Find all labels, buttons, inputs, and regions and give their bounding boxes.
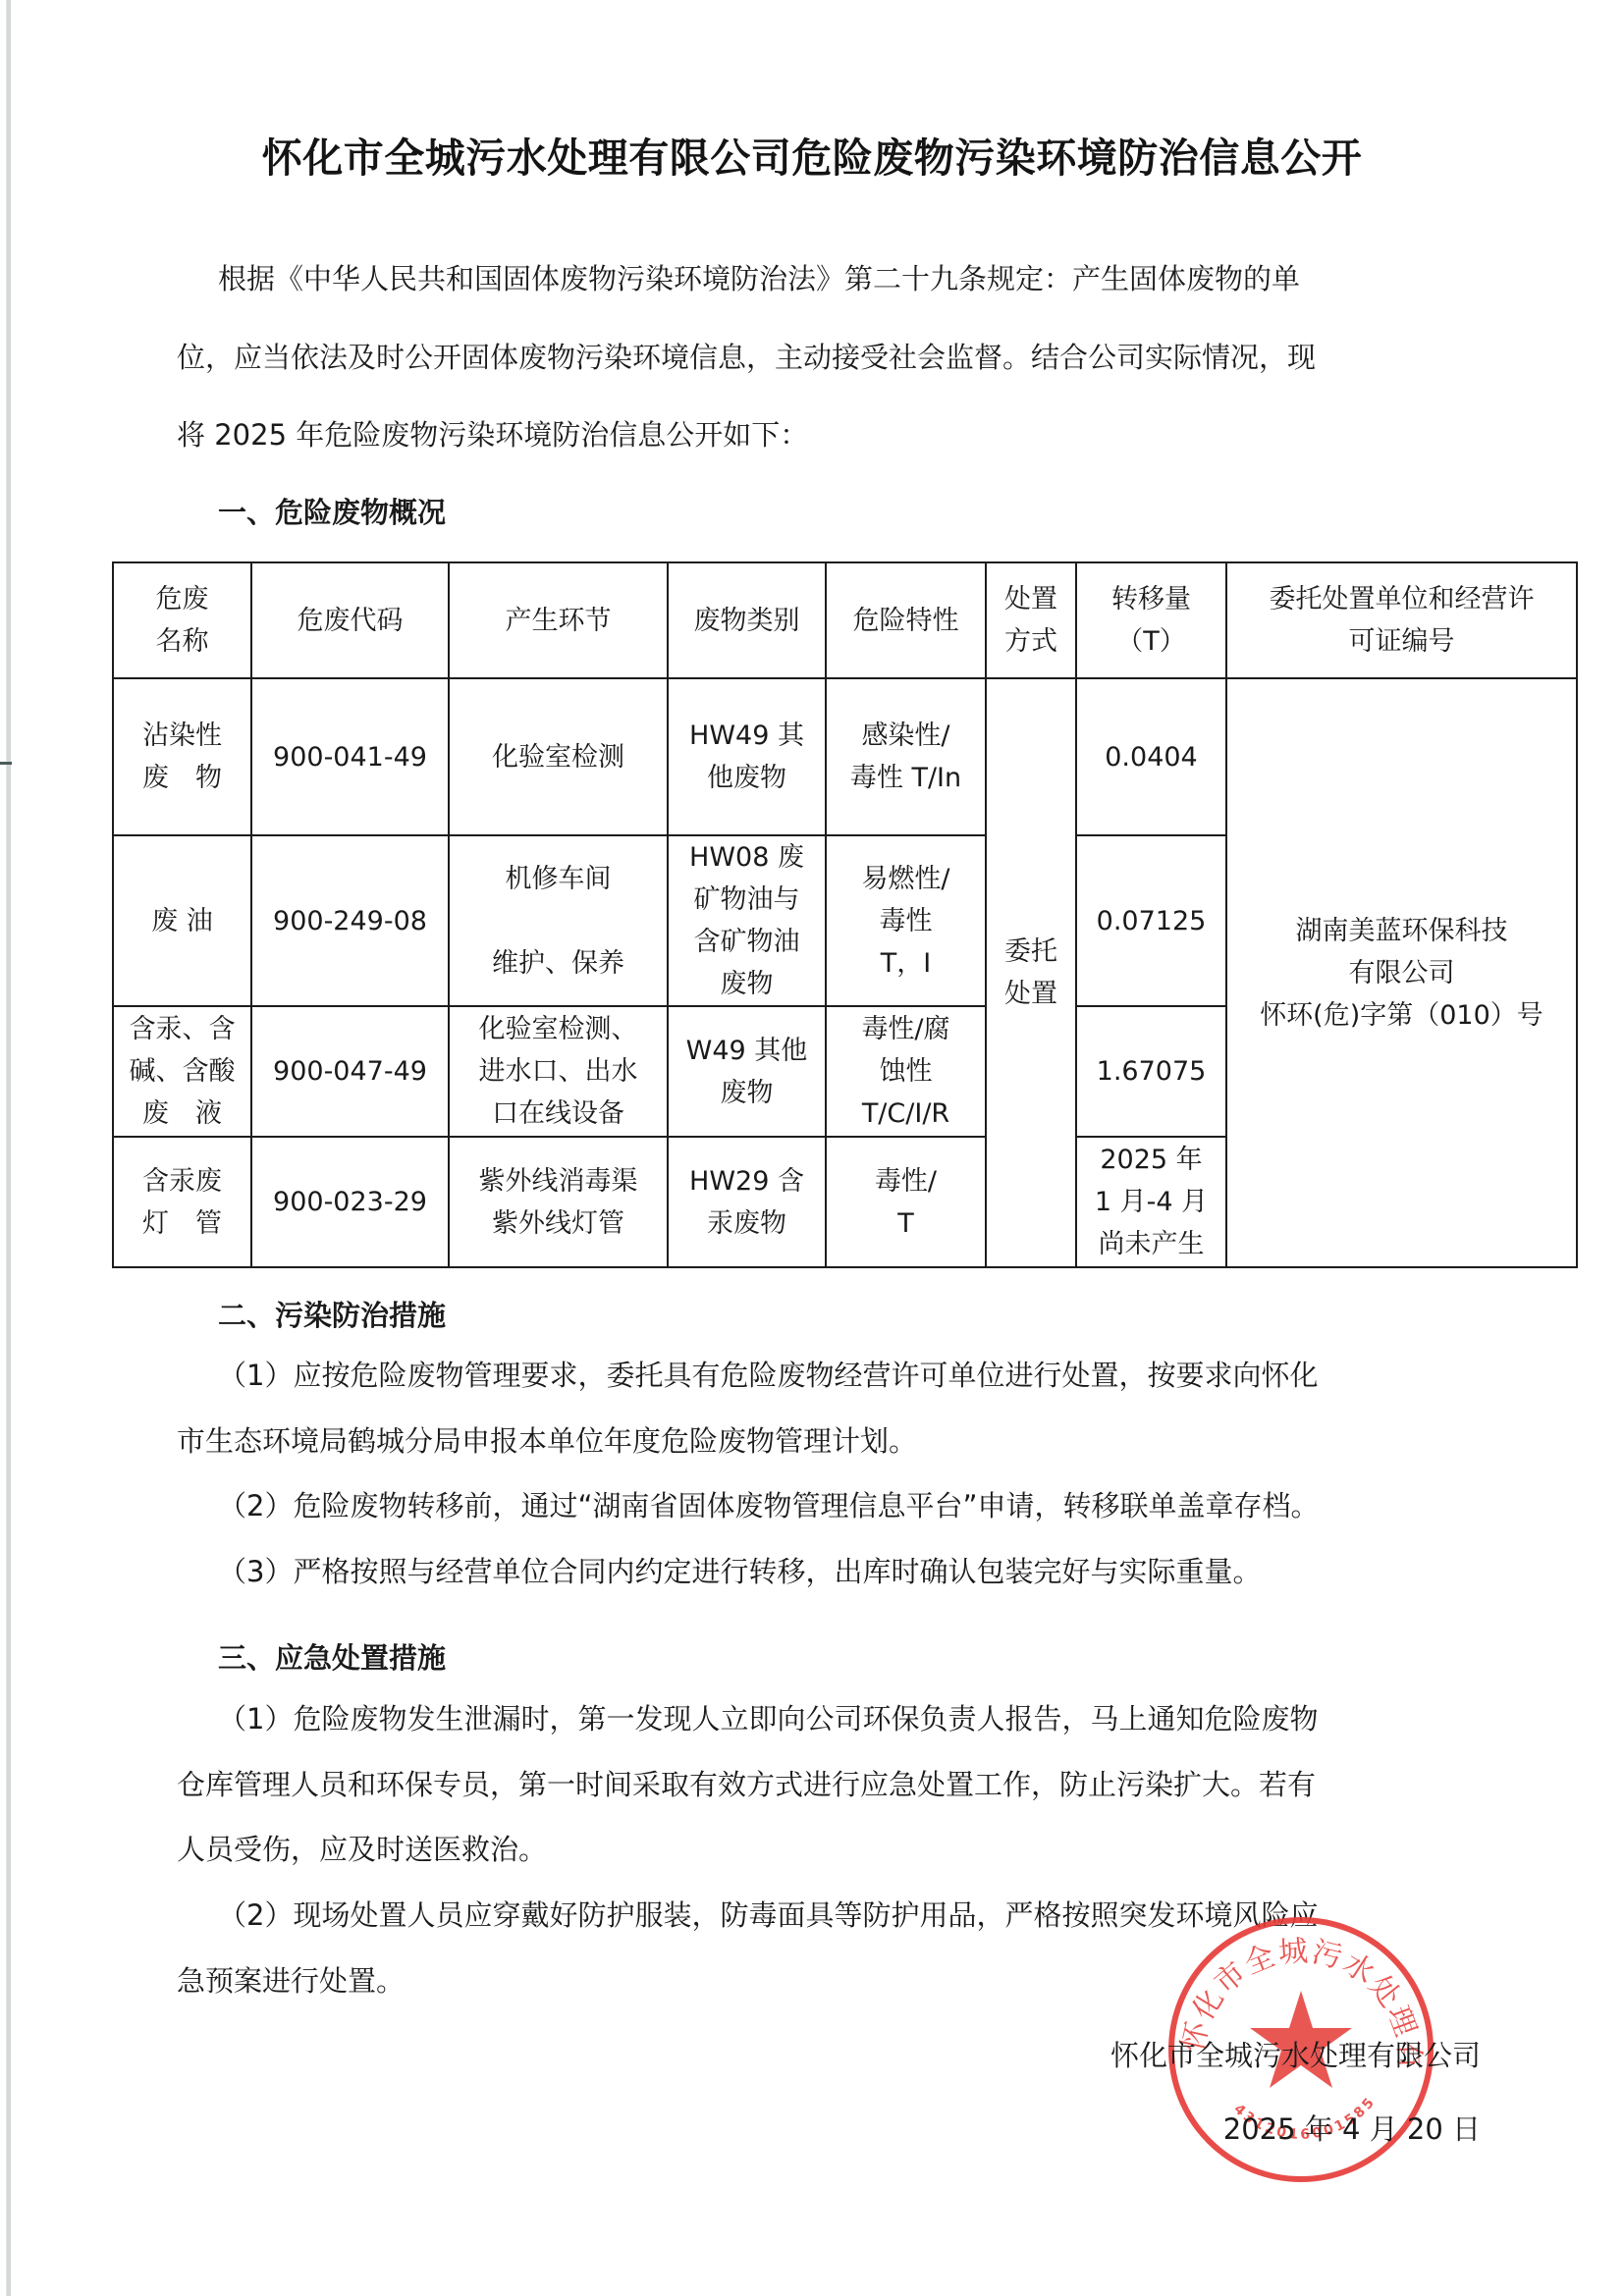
cell-waste-name: 含汞、含 碱、含酸 废 液 <box>113 1006 251 1137</box>
cell-waste-name: 废 油 <box>113 835 251 1006</box>
section3-line-3: 人员受伤，应及时送医救治。 <box>177 1834 1483 1865</box>
cell-generation-stage: 紫外线消毒渠 紫外线灯管 <box>449 1137 668 1267</box>
header-transfer-amount: 转移量 （T） <box>1076 562 1226 678</box>
cell-waste-category: W49 其他 废物 <box>668 1006 826 1137</box>
header-waste-code: 危废代码 <box>251 562 449 678</box>
cell-waste-code: 900-047-49 <box>251 1006 449 1137</box>
header-waste-name: 危废 名称 <box>113 562 251 678</box>
hazardous-waste-table: 危废 名称 危废代码 产生环节 废物类别 危险特性 处置 方式 转移量 （T） … <box>112 561 1578 1268</box>
signature-company: 怀化市全城污水处理有限公司 <box>1110 2034 1481 2074</box>
cell-hazard-property: 毒性/腐 蚀性 T/C/I/R <box>826 1006 986 1137</box>
section2-line-1: （1）应按危险废物管理要求，委托具有危险废物经营许可单位进行处置，按要求向怀化 <box>218 1360 1524 1391</box>
cell-disposal-method: 委托 处置 <box>986 678 1076 1267</box>
header-hazard-property: 危险特性 <box>826 562 986 678</box>
cell-waste-name: 沾染性 废 物 <box>113 678 251 835</box>
cell-transfer-amount: 2025 年 1 月-4 月 尚未产生 <box>1076 1137 1226 1267</box>
intro-line-2: 位，应当依法及时公开固体废物污染环境信息，主动接受社会监督。结合公司实际情况，现 <box>177 342 1483 373</box>
signature-date: 2025 年 4 月 20 日 <box>1223 2108 1481 2148</box>
section2-heading: 二、污染防治措施 <box>218 1294 446 1334</box>
section3-line-1: （1）危险废物发生泄漏时，第一发现人立即向公司环保负责人报告，马上通知危险废物 <box>218 1703 1524 1735</box>
header-waste-category: 废物类别 <box>668 562 826 678</box>
table-row: 沾染性 废 物 900-041-49 化验室检测 HW49 其 他废物 感染性/… <box>113 678 1577 835</box>
table-header-row: 危废 名称 危废代码 产生环节 废物类别 危险特性 处置 方式 转移量 （T） … <box>113 562 1577 678</box>
cell-generation-stage: 化验室检测、 进水口、出水 口在线设备 <box>449 1006 668 1137</box>
cell-transfer-amount: 1.67075 <box>1076 1006 1226 1137</box>
cell-disposal-unit: 湖南美蓝环保科技 有限公司 怀环(危)字第（010）号 <box>1226 678 1577 1267</box>
scan-edge-mark <box>0 762 12 765</box>
cell-hazard-property: 易燃性/ 毒性 T，I <box>826 835 986 1006</box>
cell-waste-category: HW29 含 汞废物 <box>668 1137 826 1267</box>
cell-waste-code: 900-023-29 <box>251 1137 449 1267</box>
cell-waste-code: 900-249-08 <box>251 835 449 1006</box>
cell-hazard-property: 毒性/ T <box>826 1137 986 1267</box>
cell-generation-stage: 机修车间 维护、保养 <box>449 835 668 1006</box>
cell-waste-category: HW49 其 他废物 <box>668 678 826 835</box>
header-disposal-method: 处置 方式 <box>986 562 1076 678</box>
header-disposal-unit: 委托处置单位和经营许 可证编号 <box>1226 562 1577 678</box>
cell-waste-category: HW08 废 矿物油与 含矿物油 废物 <box>668 835 826 1006</box>
intro-line-3: 将 2025 年危险废物污染环境防治信息公开如下： <box>177 419 1483 451</box>
section2-line-2: 市生态环境局鹤城分局申报本单位年度危险废物管理计划。 <box>177 1425 1483 1457</box>
scan-edge-line <box>6 0 11 2296</box>
header-generation-stage: 产生环节 <box>449 562 668 678</box>
cell-hazard-property: 感染性/ 毒性 T/In <box>826 678 986 835</box>
cell-transfer-amount: 0.07125 <box>1076 835 1226 1006</box>
section2-line-3: （2）危险废物转移前，通过“湖南省固体废物管理信息平台”申请，转移联单盖章存档。 <box>218 1490 1524 1522</box>
section1-heading: 一、危险废物概况 <box>218 491 446 531</box>
document-title: 怀化市全城污水处理有限公司危险废物污染环境防治信息公开 <box>0 126 1624 184</box>
section3-line-2: 仓库管理人员和环保专员，第一时间采取有效方式进行应急处置工作，防止污染扩大。若有 <box>177 1769 1483 1800</box>
section2-line-4: （3）严格按照与经营单位合同内约定进行转移，出库时确认包装完好与实际重量。 <box>218 1556 1524 1587</box>
cell-generation-stage: 化验室检测 <box>449 678 668 835</box>
cell-waste-name: 含汞废 灯 管 <box>113 1137 251 1267</box>
cell-waste-code: 900-041-49 <box>251 678 449 835</box>
intro-line-1: 根据《中华人民共和国固体废物污染环境防治法》第二十九条规定：产生固体废物的单 <box>218 263 1524 294</box>
section3-heading: 三、应急处置措施 <box>218 1636 446 1677</box>
cell-transfer-amount: 0.0404 <box>1076 678 1226 835</box>
